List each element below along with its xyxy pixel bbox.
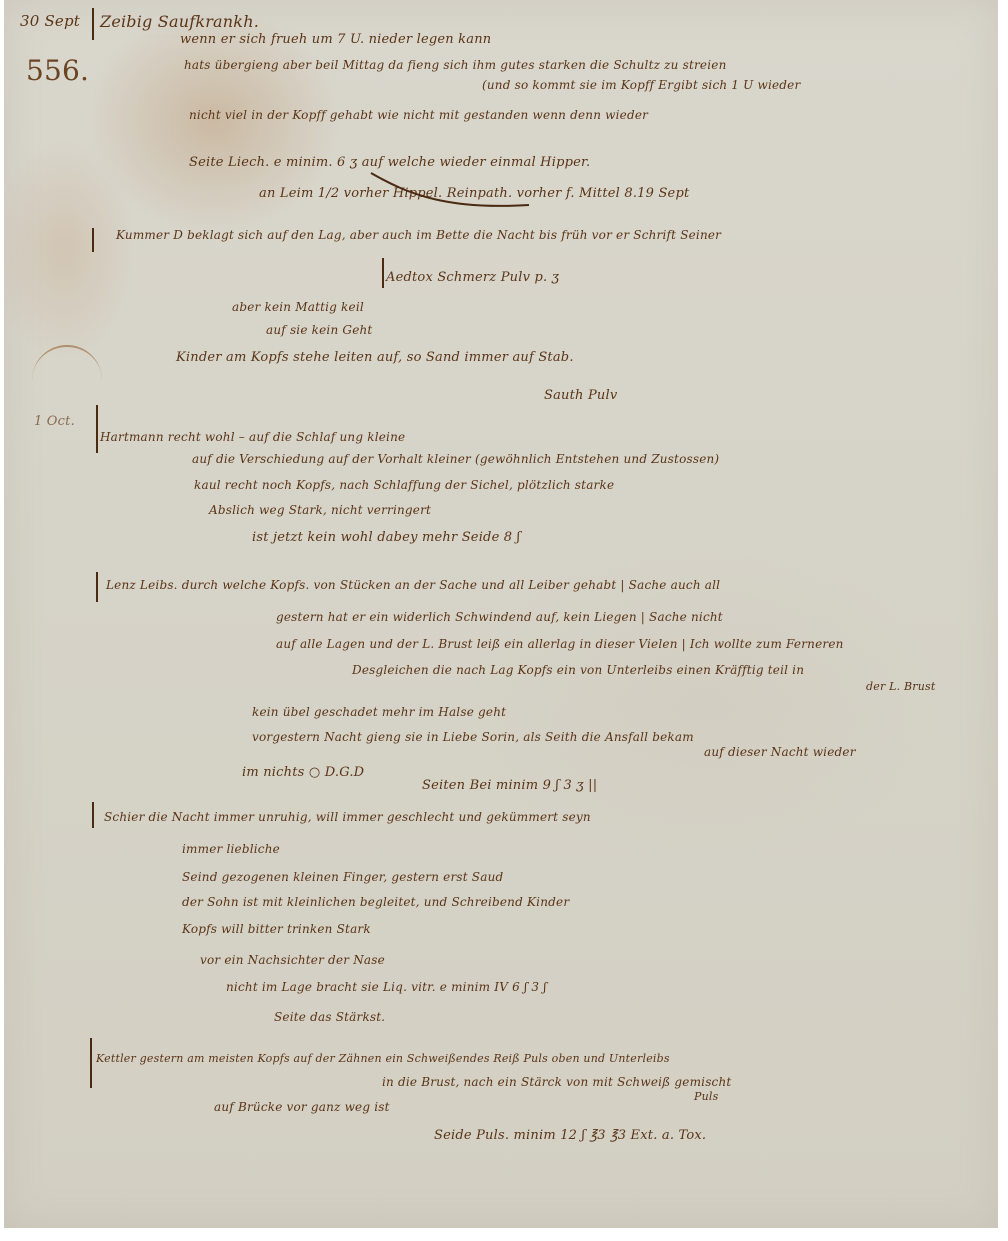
entry-schier-line-8: Seite das Stärkst.	[274, 1010, 385, 1024]
entry-kummer-line-5: Kinder am Kopfs stehe leiten auf, so San…	[176, 350, 574, 365]
connector-stroke	[369, 165, 569, 225]
entry-schier-line-5: Kopfs will bitter trinken Stark	[182, 922, 371, 936]
entry-lenz-line-10: Seiten Bei minim 9 ʃ 3 ʒ ||	[422, 778, 597, 793]
entry-zeibig-line-4: (und so kommt sie im Kopff Ergibt sich 1…	[482, 78, 800, 92]
entry-rule	[96, 572, 98, 602]
entry-lenz-line-6: kein übel geschadet mehr im Halse geht	[252, 705, 506, 719]
entry-lenz-line-9: im nichts ○ D.G.D	[242, 765, 364, 780]
entry-schier-line-1: Schier die Nacht immer unruhig, will imm…	[104, 810, 591, 824]
entry-kettler-line-3: Puls	[694, 1090, 718, 1103]
entry-hartmann-line-5: ist jetzt kein wohl dabey mehr Seide 8 ʃ	[252, 530, 520, 545]
entry-schier-line-4: der Sohn ist mit kleinlichen begleitet, …	[182, 895, 569, 909]
entry-lenz-line-2: gestern hat er ein widerlich Schwindend …	[276, 610, 723, 624]
entry-schier-line-2: immer liebliche	[182, 842, 280, 856]
entry-rule	[90, 1038, 92, 1088]
entry-kummer-line-3: aber kein Mattig keil	[232, 300, 364, 314]
entry-kettler-line-5: Seide Puls. minim 12 ʃ ℥3 ℥3 Ext. a. Tox…	[434, 1128, 706, 1143]
column-rule	[382, 258, 384, 288]
entry-kettler-line-1: Kettler gestern am meisten Kopfs auf der…	[96, 1052, 670, 1065]
entry-kummer-line-4: auf sie kein Geht	[266, 323, 372, 337]
entry-schier-line-6: vor ein Nachsichter der Nase	[200, 953, 385, 967]
entry-kummer-line-1: Kummer D beklagt sich auf den Lag, aber …	[116, 228, 721, 242]
entry-lenz-line-8: auf dieser Nacht wieder	[704, 745, 856, 759]
margin-date-oct: 1 Oct.	[34, 414, 75, 429]
margin-date: 30 Sept	[20, 12, 80, 30]
entry-zeibig-line-3: hats übergieng aber beil Mittag da fieng…	[184, 58, 727, 72]
entry-hartmann-line-1: Hartmann recht wohl – auf die Schlaf ung…	[100, 430, 405, 444]
entry-lenz-line-7: vorgestern Nacht gieng sie in Liebe Sori…	[252, 730, 694, 744]
entry-rule	[96, 405, 98, 453]
entry-zeibig-line-1: Zeibig Saufkrankh.	[100, 12, 259, 31]
entry-kummer-line-6: Sauth Pulv	[544, 388, 617, 403]
margin-rule	[92, 8, 94, 40]
entry-lenz-line-1: Lenz Leibs. durch welche Kopfs. von Stüc…	[106, 578, 720, 592]
entry-lenz-line-5: der L. Brust	[866, 680, 936, 693]
ink-stain	[32, 345, 102, 387]
entry-kettler-line-2: in die Brust, nach ein Stärck von mit Sc…	[382, 1075, 731, 1089]
entry-kummer-line-2: Aedtox Schmerz Pulv p. ʒ	[386, 270, 559, 285]
entry-schier-line-3: Seind gezogenen kleinen Finger, gestern …	[182, 870, 503, 884]
entry-lenz-line-3: auf alle Lagen und der L. Brust leiß ein…	[276, 637, 844, 651]
entry-hartmann-line-4: Abslich weg Stark, nicht verringert	[209, 503, 431, 517]
entry-hartmann-line-2: auf die Verschiedung auf der Vorhalt kle…	[192, 452, 719, 466]
entry-rule	[92, 802, 94, 828]
manuscript-page: 30 Sept 556. Zeibig Saufkrankh. wenn er …	[4, 0, 998, 1228]
entry-kettler-line-4: auf Brücke vor ganz weg ist	[214, 1100, 390, 1114]
entry-rule	[92, 228, 94, 252]
entry-zeibig-line-5: nicht viel in der Kopff gehabt wie nicht…	[189, 108, 648, 122]
entry-zeibig-line-2: wenn er sich frueh um 7 U. nieder legen …	[180, 32, 491, 47]
folio-number: 556.	[26, 54, 89, 87]
entry-schier-line-7: nicht im Lage bracht sie Liq. vitr. e mi…	[226, 980, 547, 994]
entry-hartmann-line-3: kaul recht noch Kopfs, nach Schlaffung d…	[194, 478, 614, 492]
entry-lenz-line-4: Desgleichen die nach Lag Kopfs ein von U…	[352, 663, 804, 677]
